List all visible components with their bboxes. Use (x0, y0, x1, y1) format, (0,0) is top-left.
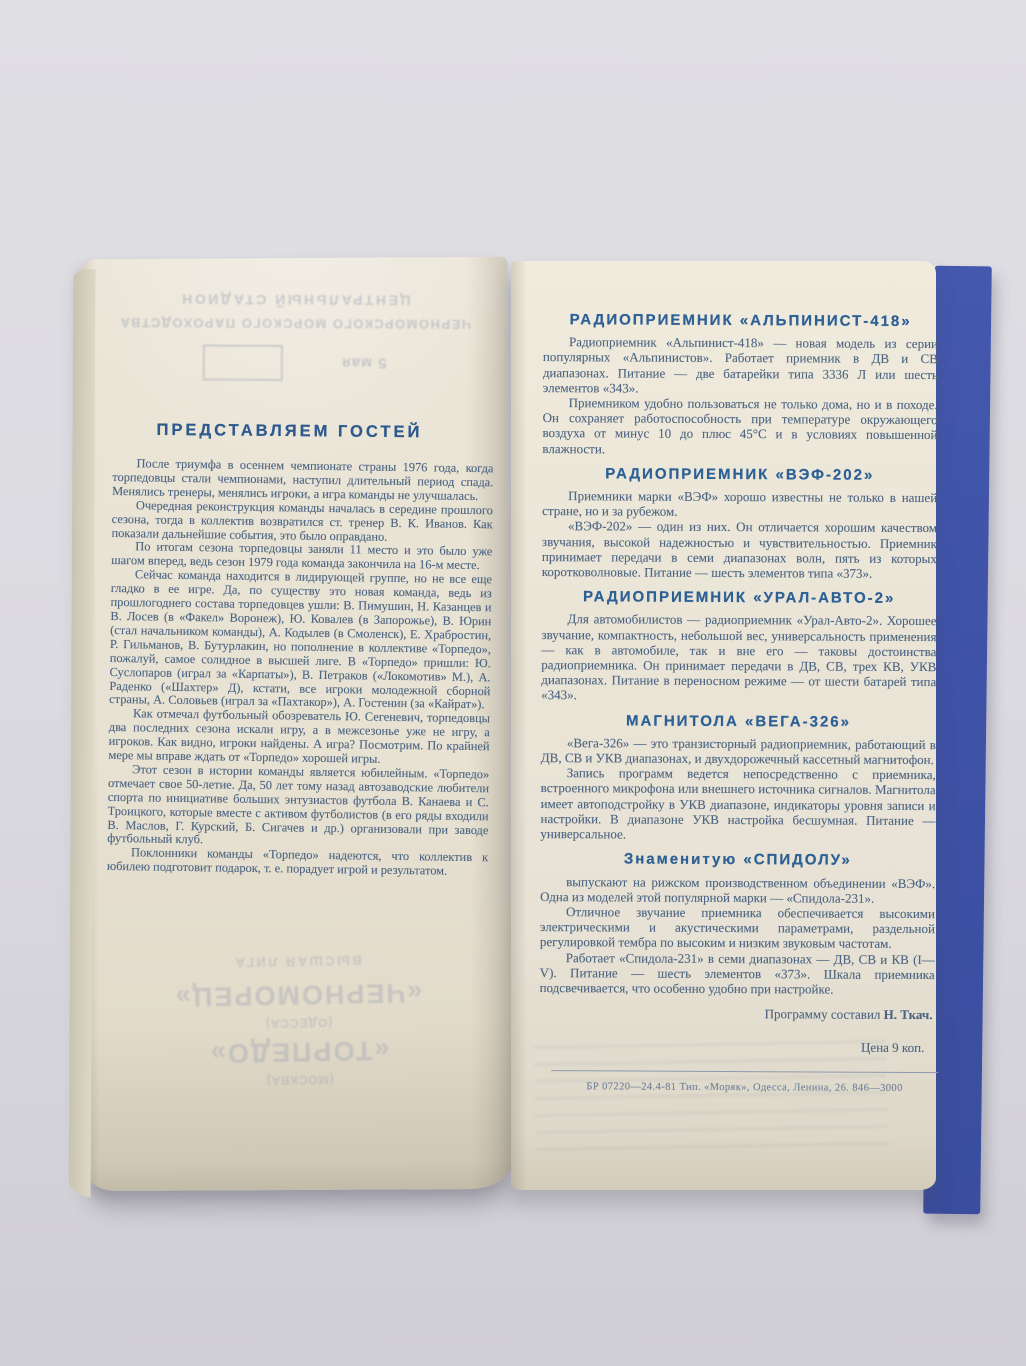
paragraph: Этот сезон в истории команды является юб… (107, 763, 489, 852)
section-heading: РАДИОПРИЕМНИК «АЛЬПИНИСТ-418» (543, 312, 938, 329)
right-page: РАДИОПРИЕМНИК «АЛЬПИНИСТ-418» Радиоприем… (511, 261, 936, 1190)
guests-article: После триумфа в осеннем чемпионате стран… (107, 457, 494, 879)
show-through-league-label: ВЫСШАЯ ЛИГА (84, 950, 510, 973)
show-through-teams: (МОСКВА) «ТОРПЕДО» (ОДЕССА) «ЧЕРНОМОРЕЦ»… (84, 950, 513, 1095)
section-paragraph: Запись программ ведется непосредственно … (540, 765, 935, 843)
section-spidola: Знаменитую «СПИДОЛУ» выпускают на рижско… (540, 851, 936, 997)
left-page: 5 мая ЧЕРНОМОРСКОГО МОРСКОГО ПАРОХОДСТВА… (82, 257, 513, 1191)
section-heading: МАГНИТОЛА «ВЕГА-326» (541, 713, 936, 730)
show-through-team2-name: «ТОРПЕДО» (86, 1032, 513, 1071)
section-heading: Знаменитую «СПИДОЛУ» (540, 851, 935, 868)
paragraph: Очередная реконструкция команды началась… (111, 499, 493, 546)
show-through-date-row: 5 мая (82, 344, 508, 382)
show-through-year-box (203, 345, 283, 381)
credit-line: Программу составил Н. Ткач. (539, 1005, 934, 1022)
section-paragraph: «Вега-326» — это транзисторный радиоприе… (541, 735, 936, 767)
paragraph: Сейчас команда находится в лидирующей гр… (109, 568, 492, 712)
section-alpinist-418: РАДИОПРИЕМНИК «АЛЬПИНИСТ-418» Радиоприем… (542, 312, 938, 458)
section-heading: РАДИОПРИЕМНИК «УРАЛ-АВТО-2» (542, 589, 937, 606)
section-ural-avto-2: РАДИОПРИЕМНИК «УРАЛ-АВТО-2» Для автомоби… (541, 589, 937, 704)
section-paragraph: Радиоприемник «Альпинист-418» — новая мо… (543, 334, 938, 397)
section-paragraph: Приемники марки «ВЭФ» хорошо известны не… (542, 488, 937, 520)
section-vef-202: РАДИОПРИЕМНИК «ВЭФ-202» Приемники марки … (542, 466, 938, 581)
section-heading: РАДИОПРИЕМНИК «ВЭФ-202» (542, 466, 937, 483)
section-paragraph: Отличное звучание приемника обеспечивает… (540, 904, 935, 952)
show-through-stadium-line1: ЦЕНТРАЛЬНЫЙ СТАДИОН (82, 291, 508, 309)
ads-column: РАДИОПРИЕМНИК «АЛЬПИНИСТ-418» Радиоприем… (509, 260, 939, 1191)
section-vega-326: МАГНИТОЛА «ВЕГА-326» «Вега-326» — это тр… (540, 713, 936, 844)
show-through-team1-name: «ЧЕРНОМОРЕЦ» (85, 975, 512, 1014)
credit-prefix: Программу составил (765, 1006, 881, 1022)
credit-name: Н. Ткач. (884, 1007, 933, 1022)
show-through-stadium-line2: ЧЕРНОМОРСКОГО МОРСКОГО ПАРОХОДСТВА (82, 315, 508, 332)
show-through-team2-city: (МОСКВА) (87, 1069, 513, 1091)
paragraph: Как отмечал футбольный обозреватель Ю. С… (108, 707, 490, 768)
paragraph: Поклонники команды «Торпедо» надеются, ч… (107, 846, 488, 879)
section-paragraph: Приемником удобно пользоваться не только… (542, 395, 937, 458)
section-paragraph: Работает «Спидола-231» в семи диапазонах… (540, 950, 935, 998)
show-through-team1-city: (ОДЕССА) (85, 1012, 511, 1034)
price-label: Цена 9 коп. (539, 1038, 934, 1055)
show-through-match-date: 5 мая (341, 355, 387, 372)
imprint-line: БР 07220—24.4-81 Тип. «Моряк», Одесса, Л… (551, 1070, 938, 1096)
page-title: ПРЕДСТАВЛЯЕМ ГОСТЕЙ (82, 420, 496, 443)
section-paragraph: выпускают на рижском производственном об… (540, 874, 935, 906)
section-paragraph: Для автомобилистов — радиоприемник «Урал… (541, 611, 936, 704)
paragraph: После триумфа в осеннем чемпионате стран… (112, 457, 494, 504)
show-through-cover-text: 5 мая ЧЕРНОМОРСКОГО МОРСКОГО ПАРОХОДСТВА… (82, 291, 508, 382)
section-paragraph: «ВЭФ-202» — один из них. Он отличается х… (542, 518, 937, 581)
